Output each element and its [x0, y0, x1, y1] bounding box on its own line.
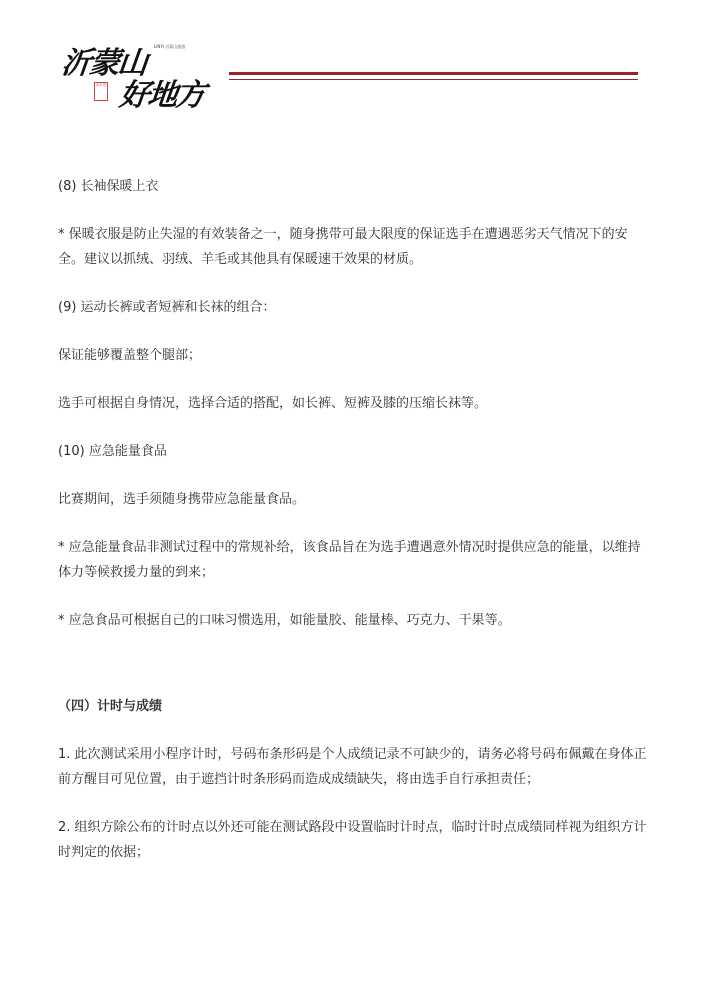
paragraph-timing-1: 1. 此次测试采用小程序计时，号码布条形码是个人成绩记录不可缺少的，请务必将号码…: [58, 742, 650, 792]
paragraph-warm-clothing: * 保暖衣服是防止失湿的有效装备之一，随身携带可最大限度的保证选手在遭遇恶劣天气…: [58, 222, 650, 272]
item-heading-10: (10) 应急能量食品: [58, 439, 650, 464]
logo-title-line2: 好地方: [118, 70, 207, 114]
header-rule-thin: [229, 79, 638, 80]
logo: 沂蒙山 LINYI 沂蒙山旅游 识沂蒙 好地方: [58, 38, 228, 110]
seal-icon: 识沂蒙: [94, 82, 108, 101]
paragraph-choice: 选手可根据自身情况，选择合适的搭配，如长裤、短裤及膝的压缩长袜等。: [58, 391, 650, 416]
logo-tagline: LINYI 沂蒙山旅游: [154, 44, 185, 49]
paragraph-food-choice: * 应急食品可根据自己的口味习惯选用，如能量胶、能量棒、巧克力、干果等。: [58, 608, 650, 633]
paragraph-timing-2: 2. 组织方除公布的计时点以外还可能在测试路段中设置临时计时点，临时计时点成绩同…: [58, 815, 650, 865]
section-heading-timing: （四）计时与成绩: [58, 694, 650, 719]
paragraph-emergency-food: * 应急能量食品非测试过程中的常规补给，该食品旨在为选手遭遇意外情况时提供应急的…: [58, 535, 650, 585]
paragraph-carry-food: 比赛期间，选手须随身携带应急能量食品。: [58, 487, 650, 512]
item-heading-9: (9) 运动长裤或者短裤和长袜的组合：: [58, 295, 650, 320]
item-heading-8: (8) 长袖保暖上衣: [58, 174, 650, 199]
paragraph-leg-cover: 保证能够覆盖整个腿部；: [58, 343, 650, 368]
header-rule-thick: [229, 72, 638, 75]
